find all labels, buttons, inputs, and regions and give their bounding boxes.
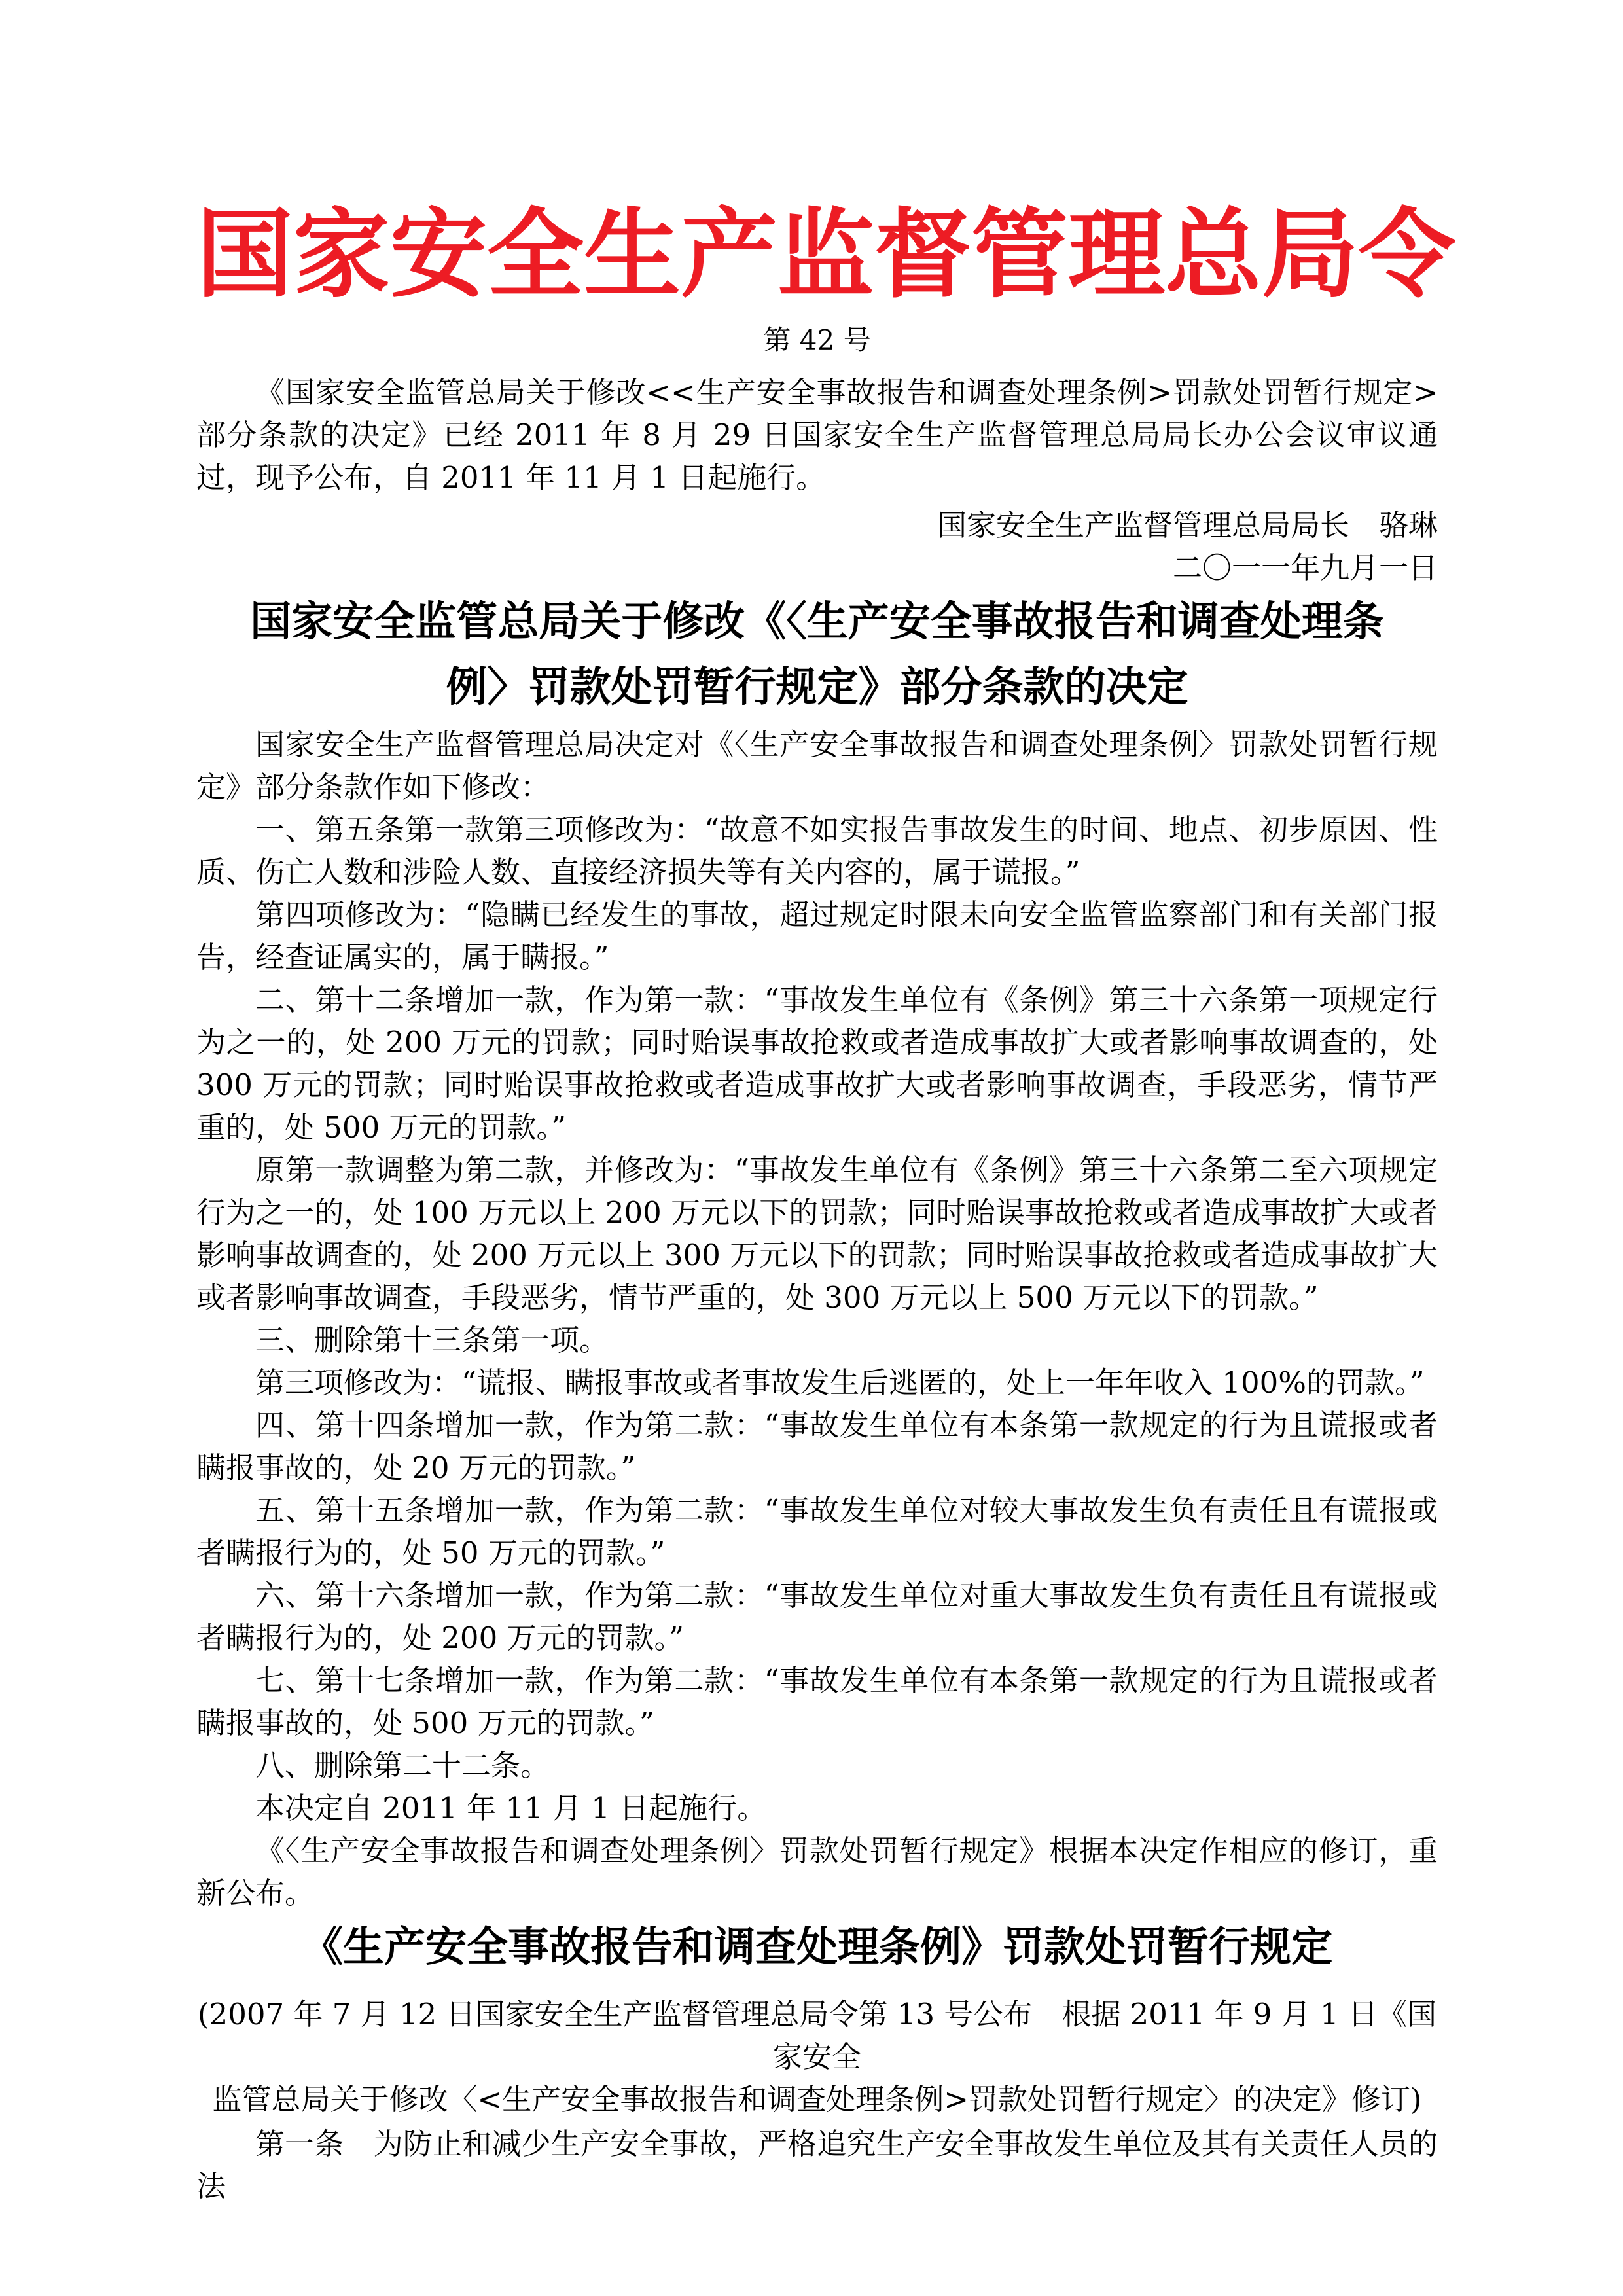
decision-paragraph-9: 五、第十五条增加一款，作为第二款：“事故发生单位对较大事故发生负有责任且有谎报或… — [196, 1489, 1438, 1574]
decision-paragraph-13: 本决定自 2011 年 11 月 1 日起施行。 — [196, 1787, 1438, 1829]
decision-body: 国家安全生产监督管理总局决定对《〈生产安全事故报告和调查处理条例〉罚款处罚暂行规… — [196, 723, 1438, 1914]
decision-paragraph-6: 三、删除第十三条第一项。 — [196, 1319, 1438, 1361]
decision-paragraph-4: 二、第十二条增加一款，作为第一款：“事故发生单位有《条例》第三十六条第一项规定行… — [196, 978, 1438, 1149]
decision-paragraph-14: 《〈生产安全事故报告和调查处理条例〉罚款处罚暂行规定》根据本决定作相应的修订，重… — [196, 1829, 1438, 1914]
revision-note: (2007 年 7 月 12 日国家安全生产监督管理总局令第 13 号公布 根据… — [196, 1993, 1438, 2121]
decision-paragraph-1: 国家安全生产监督管理总局决定对《〈生产安全事故报告和调查处理条例〉罚款处罚暂行规… — [196, 723, 1438, 808]
decision-paragraph-12: 八、删除第二十二条。 — [196, 1744, 1438, 1787]
regulation-title: 《生产安全事故报告和调查处理条例》罚款处罚暂行规定 — [196, 1918, 1438, 1977]
document-page: 国家安全生产监督管理总局令 第 42 号 《国家安全监管总局关于修改<<生产安全… — [0, 0, 1623, 2296]
doc-number: 第 42 号 — [196, 321, 1438, 359]
masthead-title: 国家安全生产监督管理总局令 — [196, 192, 1438, 316]
decision-paragraph-8: 四、第十四条增加一款，作为第二款：“事故发生单位有本条第一款规定的行为且谎报或者… — [196, 1404, 1438, 1489]
decision-paragraph-2: 一、第五条第一款第三项修改为：“故意不如实报告事故发生的时间、地点、初步原因、性… — [196, 808, 1438, 893]
decision-title: 国家安全监管总局关于修改《〈生产安全事故报告和调查处理条 例〉罚款处罚暂行规定》… — [196, 589, 1438, 720]
sign-date-line: 二〇一一年九月一日 — [196, 547, 1438, 589]
decision-paragraph-11: 七、第十七条增加一款，作为第二款：“事故发生单位有本条第一款规定的行为且谎报或者… — [196, 1659, 1438, 1744]
preamble-paragraph: 《国家安全监管总局关于修改<<生产安全事故报告和调查处理条例>罚款处罚暂行规定>… — [196, 371, 1438, 499]
decision-paragraph-5: 原第一款调整为第二款，并修改为：“事故发生单位有《条例》第三十六条第二至六项规定… — [196, 1149, 1438, 1319]
decision-paragraph-3: 第四项修改为：“隐瞒已经发生的事故，超过规定时限未向安全监管监察部门和有关部门报… — [196, 893, 1438, 978]
signer-line: 国家安全生产监督管理总局局长 骆琳 — [196, 504, 1438, 547]
decision-paragraph-10: 六、第十六条增加一款，作为第二款：“事故发生单位对重大事故发生负有责任且有谎报或… — [196, 1574, 1438, 1659]
decision-paragraph-7: 第三项修改为：“谎报、瞒报事故或者事故发生后逃匿的，处上一年年收入 100%的罚… — [196, 1361, 1438, 1404]
article-1-paragraph: 第一条 为防止和减少生产安全事故，严格追究生产安全事故发生单位及其有关责任人员的… — [196, 2123, 1438, 2208]
